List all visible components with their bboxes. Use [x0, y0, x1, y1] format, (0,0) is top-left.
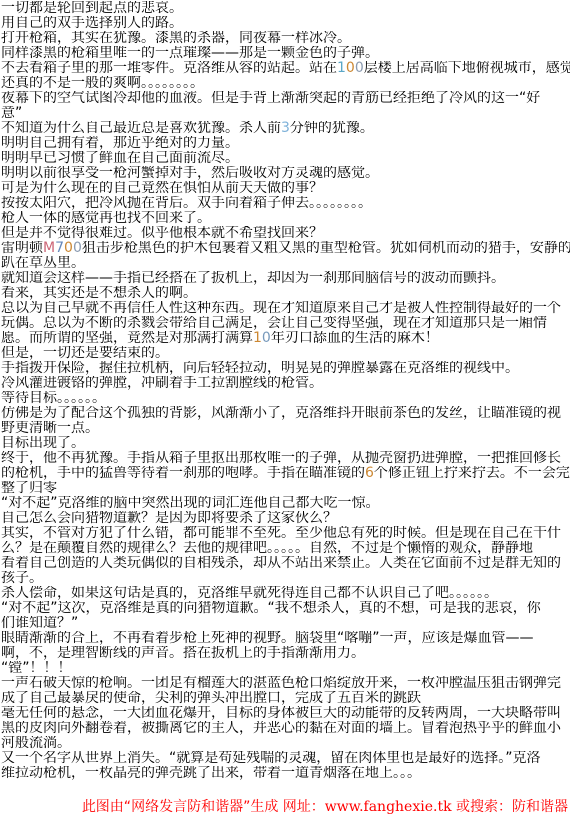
- text-line: 看来，其实还是不想杀人的啊。: [1, 286, 570, 301]
- text-segment: 夜幕下的空气试图冷却他的血液。但是手背上渐渐突起的青筋已经拒绝了冷风的这一“好: [1, 91, 540, 106]
- text-segment: 整了归零: [1, 481, 57, 496]
- text-line: 可是为什么现在的自己竟然在惧怕从前天天做的事？: [1, 181, 570, 196]
- text-segment: 狙击步枪黑色的护木包裹着又粗又黑的重型枪管。犹如伺机而动的猎手，安静的: [82, 241, 570, 256]
- text-segment: 还真的不是一般的爽啊。。。。。。。。: [1, 76, 204, 91]
- text-line: 明明早已习惯了鲜血在自己面前流尽。: [1, 151, 570, 166]
- colored-text-segment: 1: [253, 331, 262, 346]
- text-line: 还真的不是一般的爽啊。。。。。。。。: [1, 76, 570, 91]
- text-segment: 们谁知道？”: [1, 616, 78, 631]
- text-segment: 不去看箱子里的那一堆零件。克洛维从容的站起。站在: [1, 61, 337, 76]
- text-line: 看着自己创造的人类玩偶似的自相残杀，却从不站出来禁止。人类在它面前不过是群无知的: [1, 556, 570, 571]
- text-segment: “镗”！！！: [1, 661, 72, 676]
- text-line: 一声石破天惊的枪响。一团足有榴莲大的湛蓝色枪口焰绽放开来，一枚冲膛温压狙击钢弹完: [1, 676, 570, 691]
- text-segment: 打开枪箱，其实在犹豫。漆黑的杀器，同夜幕一样冰冷。: [1, 31, 351, 46]
- text-line: 一切都是轮回到起点的悲哀。: [1, 1, 570, 16]
- colored-text-segment: 6: [365, 466, 374, 481]
- text-line: 自己怎么会向猎物道歉？是因为即将要杀了这家伙么？: [1, 511, 570, 526]
- text-line: 又一个名字从世界上消失。“就算是苟延残喘的灵魂，留在肉体里也是最好的选择。”克洛: [1, 751, 570, 766]
- text-line: 野更清晰一点。: [1, 421, 570, 436]
- text-segment: 用自己的双手选择别人的路。: [1, 16, 183, 31]
- text-line: 同样漆黑的枪箱里唯一的一点璀璨——那是一颗金色的子弹。: [1, 46, 570, 61]
- text-line: 意”: [1, 106, 570, 121]
- text-segment: 等待目标。。。。。。: [1, 391, 106, 406]
- colored-text-segment: 7: [55, 241, 64, 256]
- text-segment: 枪人一体的感觉再也找不回来了。: [1, 211, 211, 226]
- text-segment: 的枪机，手中的猛兽等待着一刹那的咆哮。手指在瞄准镜的: [1, 466, 365, 481]
- text-segment: 其实，不管对方犯了什么错，都可能罪不至死。至少他总有死的时候。但是现在自己在干什: [1, 526, 561, 541]
- text-line: 用自己的双手选择别人的路。: [1, 16, 570, 31]
- text-segment: 不知道为什么自己最近总是喜欢犹豫。杀人前: [1, 121, 281, 136]
- text-segment: 仿佛是为了配合这个孤独的背影，风渐渐小了，克洛维抖开眼前茶色的发丝，让瞄准镜的视: [1, 406, 561, 421]
- text-line: 等待目标。。。。。。: [1, 391, 570, 406]
- text-segment: 一切都是轮回到起点的悲哀。: [1, 1, 183, 16]
- text-line: 毫无任何的悬念，一大团血花爆开，目标的身体被巨大的动能带的反转两周，一大块略带叫: [1, 706, 570, 721]
- colored-text-segment: 3: [281, 121, 290, 136]
- text-line: 玩偶。总以为不断的杀戮会带给自己满足，会让自己变得坚强，现在才知道那只是一厢情: [1, 316, 570, 331]
- text-segment: 手指拨开保险，握住拉机柄，向后轻轻拉动，明晃晃的弹膛暴露在克洛维的视线中。: [1, 361, 519, 376]
- colored-text-segment: 0: [73, 241, 82, 256]
- text-line: 手指拨开保险，握住拉机柄，向后轻轻拉动，明晃晃的弹膛暴露在克洛维的视线中。: [1, 361, 570, 376]
- text-segment: 明明以前很享受一枪河蟹掉对手，然后吸收对方灵魂的感觉。: [1, 166, 379, 181]
- text-segment: 么？是在颠覆自然的规律么？去他的规律吧。。。。。自然，不过是个懒惰的观众，静静地: [1, 541, 533, 556]
- text-segment: 雷明顿: [1, 241, 43, 256]
- text-segment: 总以为自己早就不再信任人性这种东西。现在才知道原来自己才是被人性控制得最好的一个: [1, 301, 561, 316]
- text-line: 冷风灌进镀铬的弹膛，冲刷着手工拉割膛线的枪管。: [1, 376, 570, 391]
- text-line: 趴在草丛里。: [1, 256, 570, 271]
- text-line: “对不起”这次，克洛维是真的向猎物道歉。“我不想杀人，真的不想，可是我的悲哀，你: [1, 601, 570, 616]
- text-line: 么？是在颠覆自然的规律么？去他的规律吧。。。。。自然，不过是个懒惰的观众，静静地: [1, 541, 570, 556]
- text-segment: 孩子。: [1, 571, 43, 586]
- text-line: 按按太阳穴，把冷风抛在背后。双手向着箱子伸去。。。。。。。。: [1, 196, 570, 211]
- text-line: 目标出现了。: [1, 436, 570, 451]
- text-segment: 愿。而所谓的坚强，竟然是对那满打满算: [1, 331, 253, 346]
- text-line: 成了自己最暴戾的使命，尖利的弹头冲出膛口，完成了五百米的跳跃: [1, 691, 570, 706]
- text-line: 维拉动枪机，一枚晶亮的弹壳跳了出来，带着一道青烟落在地上。。。: [1, 766, 570, 781]
- text-line: 明明自己拥有着，那近乎绝对的力量。: [1, 136, 570, 151]
- colored-text-segment: 1: [337, 61, 346, 76]
- text-segment: “对不起”克洛维的脑中突然出现的词汇连他自己都大吃一惊。: [1, 496, 380, 511]
- text-line: 其实，不管对方犯了什么错，都可能罪不至死。至少他总有死的时候。但是现在自己在干什: [1, 526, 570, 541]
- text-line: 枪人一体的感觉再也找不回来了。: [1, 211, 570, 226]
- text-segment: 啊，不，是理智断线的声音。搭在扳机上的手指渐渐用力。: [1, 646, 365, 661]
- watermark-url: www.fanghexie.tk: [325, 799, 452, 815]
- text-segment: 可是为什么现在的自己竟然在惧怕从前天天做的事？: [1, 181, 323, 196]
- text-line: 仿佛是为了配合这个孤独的背影，风渐渐小了，克洛维抖开眼前茶色的发丝，让瞄准镜的视: [1, 406, 570, 421]
- text-line: 就知道会这样——手指已经搭在了扳机上，却因为一刹那间脑信号的波动而颤抖。: [1, 271, 570, 286]
- text-segment: 按按太阳穴，把冷风抛在背后。双手向着箱子伸去。。。。。。。。: [1, 196, 372, 211]
- text-line: 雷明顿M700狙击步枪黑色的护木包裹着又粗又黑的重型枪管。犹如伺机而动的猎手，安…: [1, 241, 570, 256]
- text-line: 明明以前很享受一枪河蟹掉对手，然后吸收对方灵魂的感觉。: [1, 166, 570, 181]
- text-segment: 明明早已习惯了鲜血在自己面前流尽。: [1, 151, 239, 166]
- text-segment: 终于，他不再犹豫。手指从箱子里抠出那枚唯一的子弹，从抛壳窗扔进弹膛，一把推回修长: [1, 451, 561, 466]
- text-segment: 看着自己创造的人类玩偶似的自相残杀，却从不站出来禁止。人类在它面前不过是群无知的: [1, 556, 561, 571]
- text-segment: 就知道会这样——手指已经搭在了扳机上，却因为一刹那间脑信号的波动而颤抖。: [1, 271, 505, 286]
- story-text-block: 一切都是轮回到起点的悲哀。用自己的双手选择别人的路。打开枪箱，其实在犹豫。漆黑的…: [1, 1, 570, 781]
- text-line: 总以为自己早就不再信任人性这种东西。现在才知道原来自己才是被人性控制得最好的一个: [1, 301, 570, 316]
- text-line: 孩子。: [1, 571, 570, 586]
- watermark-prefix: 此图由“网络发言防和谐器”生成 网址：: [82, 799, 325, 815]
- text-segment: 明明自己拥有着，那近乎绝对的力量。: [1, 136, 239, 151]
- text-line: 终于，他不再犹豫。手指从箱子里抠出那枚唯一的子弹，从抛壳窗扔进弹膛，一把推回修长: [1, 451, 570, 466]
- text-segment: 分钟的犹豫。: [290, 121, 374, 136]
- text-segment: 玩偶。总以为不断的杀戮会带给自己满足，会让自己变得坚强，现在才知道那只是一厢情: [1, 316, 547, 331]
- text-segment: 目标出现了。: [1, 436, 85, 451]
- colored-text-segment: 0: [355, 61, 364, 76]
- watermark-suffix: 或搜索：防和谐器: [452, 799, 568, 815]
- colored-text-segment: 0: [346, 61, 355, 76]
- text-segment: 成了自己最暴戾的使命，尖利的弹头冲出膛口，完成了五百米的跳跃: [1, 691, 421, 706]
- text-segment: 层楼上居高临下地俯视城市，感觉: [364, 61, 570, 76]
- text-line: 们谁知道？”: [1, 616, 570, 631]
- text-segment: 一声石破天惊的枪响。一团足有榴莲大的湛蓝色枪口焰绽放开来，一枚冲膛温压狙击钢弹完: [1, 676, 561, 691]
- text-line: 河般流淌。: [1, 736, 570, 751]
- colored-text-segment: M: [43, 241, 55, 256]
- text-segment: 趴在草丛里。: [1, 256, 85, 271]
- text-segment: 看来，其实还是不想杀人的啊。: [1, 286, 197, 301]
- text-image-page: 一切都是轮回到起点的悲哀。用自己的双手选择别人的路。打开枪箱，其实在犹豫。漆黑的…: [0, 0, 570, 818]
- text-line: 黑的皮肉向外翻卷着，被撕离它的主人，并恶心的黏在对面的墙上。冒着泡热乎乎的鲜血小: [1, 721, 570, 736]
- text-line: 整了归零: [1, 481, 570, 496]
- text-segment: 年刃口舔血的生活的麻木！: [271, 331, 439, 346]
- colored-text-segment: 0: [64, 241, 73, 256]
- text-line: 不知道为什么自己最近总是喜欢犹豫。杀人前3分钟的犹豫。: [1, 121, 570, 136]
- text-segment: 自己怎么会向猎物道歉？是因为即将要杀了这家伙么？: [1, 511, 337, 526]
- text-segment: 杀人偿命，如果这句话是真的，克洛维早就死得连自己都不认识自己了吧。。。。。。: [1, 586, 498, 601]
- text-line: 眼睛渐渐的合上，不再看着步枪上死神的视野。脑袋里“喀嘣”一声，应该是爆血管——: [1, 631, 570, 646]
- text-segment: 但是，一切还是要结束的。: [1, 346, 169, 361]
- text-segment: 维拉动枪机，一枚晶亮的弹壳跳了出来，带着一道青烟落在地上。。。: [1, 766, 421, 781]
- text-segment: 冷风灌进镀铬的弹膛，冲刷着手工拉割膛线的枪管。: [1, 376, 323, 391]
- text-segment: 眼睛渐渐的合上，不再看着步枪上死神的视野。脑袋里“喀嘣”一声，应该是爆血管——: [1, 631, 534, 646]
- text-segment: 河般流淌。: [1, 736, 71, 751]
- text-line: 不去看箱子里的那一堆零件。克洛维从容的站起。站在100层楼上居高临下地俯视城市，…: [1, 61, 570, 76]
- text-segment: 黑的皮肉向外翻卷着，被撕离它的主人，并恶心的黏在对面的墙上。冒着泡热乎乎的鲜血小: [1, 721, 561, 736]
- text-segment: 同样漆黑的枪箱里唯一的一点璀璨——那是一颗金色的子弹。: [1, 46, 379, 61]
- text-line: “镗”！！！: [1, 661, 570, 676]
- text-line: 啊，不，是理智断线的声音。搭在扳机上的手指渐渐用力。: [1, 646, 570, 661]
- text-segment: 意”: [1, 106, 22, 121]
- text-segment: 又一个名字从世界上消失。“就算是苟延残喘的灵魂，留在肉体里也是最好的选择。”克洛: [1, 751, 541, 766]
- text-line: 愿。而所谓的坚强，竟然是对那满打满算10年刃口舔血的生活的麻木！: [1, 331, 570, 346]
- text-segment: 但是并不觉得很难过。似乎他根本就不希望找回来？: [1, 226, 323, 241]
- text-segment: 毫无任何的悬念，一大团血花爆开，目标的身体被巨大的动能带的反转两周，一大块略带叫: [1, 706, 561, 721]
- text-segment: 野更清晰一点。: [1, 421, 99, 436]
- text-line: 但是并不觉得很难过。似乎他根本就不希望找回来？: [1, 226, 570, 241]
- text-line: 夜幕下的空气试图冷却他的血液。但是手背上渐渐突起的青筋已经拒绝了冷风的这一“好: [1, 91, 570, 106]
- text-segment: 个修正钮上拧来拧去。不一会完: [374, 466, 570, 481]
- text-line: 的枪机，手中的猛兽等待着一刹那的咆哮。手指在瞄准镜的6个修正钮上拧来拧去。不一会…: [1, 466, 570, 481]
- text-line: 但是，一切还是要结束的。: [1, 346, 570, 361]
- text-line: 杀人偿命，如果这句话是真的，克洛维早就死得连自己都不认识自己了吧。。。。。。: [1, 586, 570, 601]
- text-line: 打开枪箱，其实在犹豫。漆黑的杀器，同夜幕一样冰冷。: [1, 31, 570, 46]
- text-segment: “对不起”这次，克洛维是真的向猎物道歉。“我不想杀人，真的不想，可是我的悲哀，你: [1, 601, 541, 616]
- colored-text-segment: 0: [262, 331, 271, 346]
- text-line: “对不起”克洛维的脑中突然出现的词汇连他自己都大吃一惊。: [1, 496, 570, 511]
- watermark-footer: 此图由“网络发言防和谐器”生成 网址：www.fanghexie.tk 或搜索：…: [0, 799, 568, 815]
